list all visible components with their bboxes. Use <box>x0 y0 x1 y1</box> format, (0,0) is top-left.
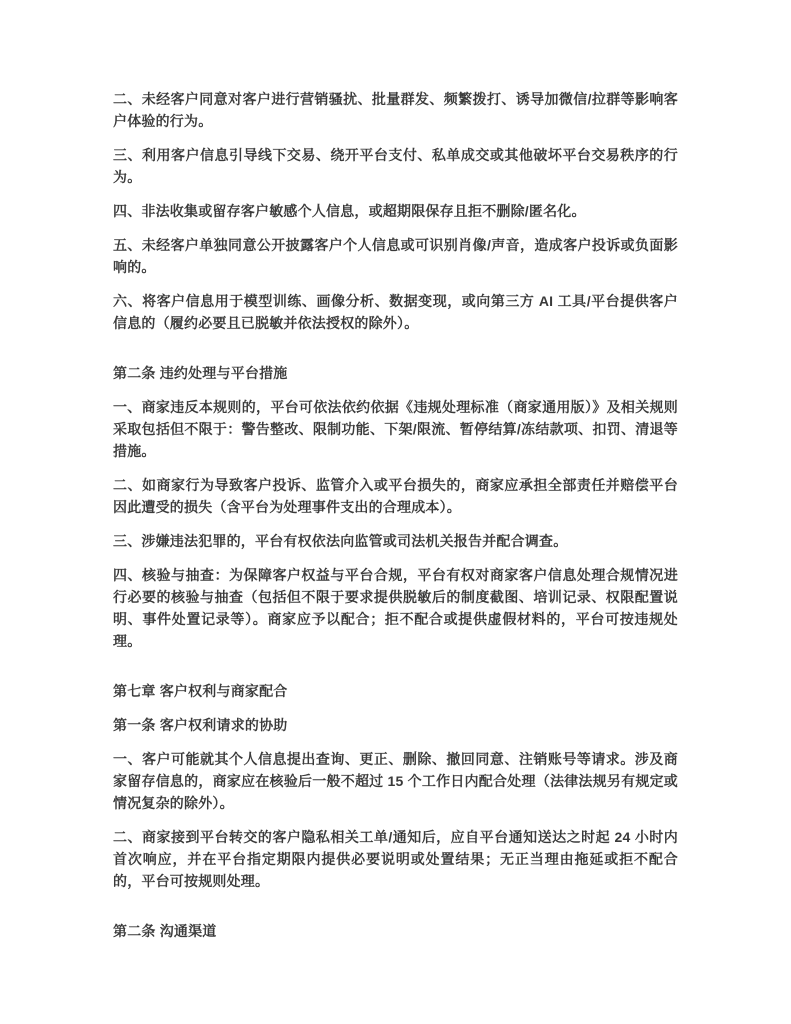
clause-3-offline-transactions: 三、利用客户信息引导线下交易、绕开平台支付、私单成交或其他破坏平台交易秩序的行为… <box>113 144 678 188</box>
article-heading-rights-assistance: 第一条 客户权利请求的协助 <box>113 714 678 736</box>
clause-1-customer-requests: 一、客户可能就其个人信息提出查询、更正、删除、撤回同意、注销账号等请求。涉及商家… <box>113 748 678 814</box>
clause-4-illegal-collection: 四、非法收集或留存客户敏感个人信息，或超期限保存且拒不删除/匿名化。 <box>113 200 678 222</box>
clause-2-ticket-response: 二、商家接到平台转交的客户隐私相关工单/通知后，应自平台通知送达之时起 24 小… <box>113 826 678 892</box>
clause-1-platform-measures: 一、商家违反本规则的，平台可依法依约依据《违规处理标准（商家通用版）》及相关规则… <box>113 396 678 462</box>
clause-5-public-disclosure: 五、未经客户单独同意公开披露客户个人信息或可识别肖像/声音，造成客户投诉或负面影… <box>113 234 678 278</box>
clause-2-merchant-liability: 二、如商家行为导致客户投诉、监管介入或平台损失的，商家应承担全部责任并赔偿平台因… <box>113 474 678 518</box>
chapter-heading-customer-rights: 第七章 客户权利与商家配合 <box>113 680 678 702</box>
clause-6-ai-model-training: 六、将客户信息用于模型训练、画像分析、数据变现，或向第三方 AI 工具/平台提供… <box>113 290 678 334</box>
clause-3-report-to-authorities: 三、涉嫌违法犯罪的，平台有权依法向监管或司法机关报告并配合调查。 <box>113 530 678 552</box>
article-heading-communication-channels: 第二条 沟通渠道 <box>113 920 678 942</box>
clause-2-marketing-harassment: 二、未经客户同意对客户进行营销骚扰、批量群发、频繁拨打、诱导加微信/拉群等影响客… <box>113 88 678 132</box>
clause-4-verification-spot-check: 四、核验与抽查：为保障客户权益与平台合规，平台有权对商家客户信息处理合规情况进行… <box>113 564 678 652</box>
document-page: 二、未经客户同意对客户进行营销骚扰、批量群发、频繁拨打、诱导加微信/拉群等影响客… <box>0 0 791 1024</box>
article-heading-breach-handling: 第二条 违约处理与平台措施 <box>113 362 678 384</box>
